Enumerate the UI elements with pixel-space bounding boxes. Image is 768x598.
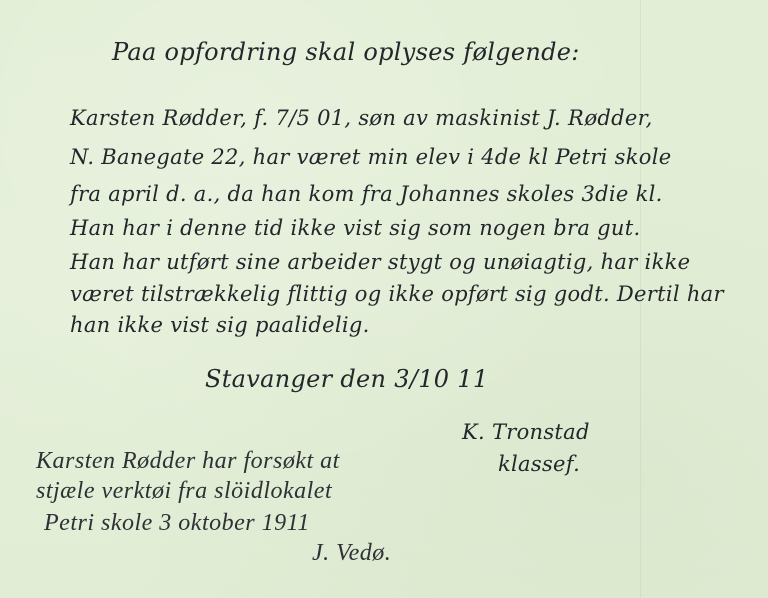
signature-title: klassef. (498, 452, 580, 476)
place-date: Stavanger den 3/10 11 (205, 365, 488, 393)
document-page: Paa opfordring skal oplyses følgende: Ka… (0, 0, 768, 598)
body-line-5: Han har utført sine arbeider stygt og un… (70, 250, 690, 274)
document-heading: Paa opfordring skal oplyses følgende: (112, 38, 580, 66)
body-line-7: han ikke vist sig paalidelig. (70, 313, 370, 337)
note-line-3: Petri skole 3 oktober 1911 (44, 510, 310, 537)
body-line-3: fra april d. a., da han kom fra Johannes… (70, 182, 663, 206)
note-line-1: Karsten Rødder har forsøkt at (36, 448, 340, 475)
body-line-6: været tilstrækkelig flittig og ikke opfø… (70, 282, 724, 306)
body-line-1: Karsten Rødder, f. 7/5 01, søn av maskin… (70, 106, 653, 130)
body-line-2: N. Banegate 22, har været min elev i 4de… (70, 145, 671, 169)
note-signature: J. Vedø. (312, 540, 391, 567)
signature-name: K. Tronstad (462, 420, 590, 444)
note-line-2: stjæle verktøi fra slöidlokalet (36, 478, 332, 505)
body-line-4: Han har i denne tid ikke vist sig som no… (70, 216, 640, 240)
